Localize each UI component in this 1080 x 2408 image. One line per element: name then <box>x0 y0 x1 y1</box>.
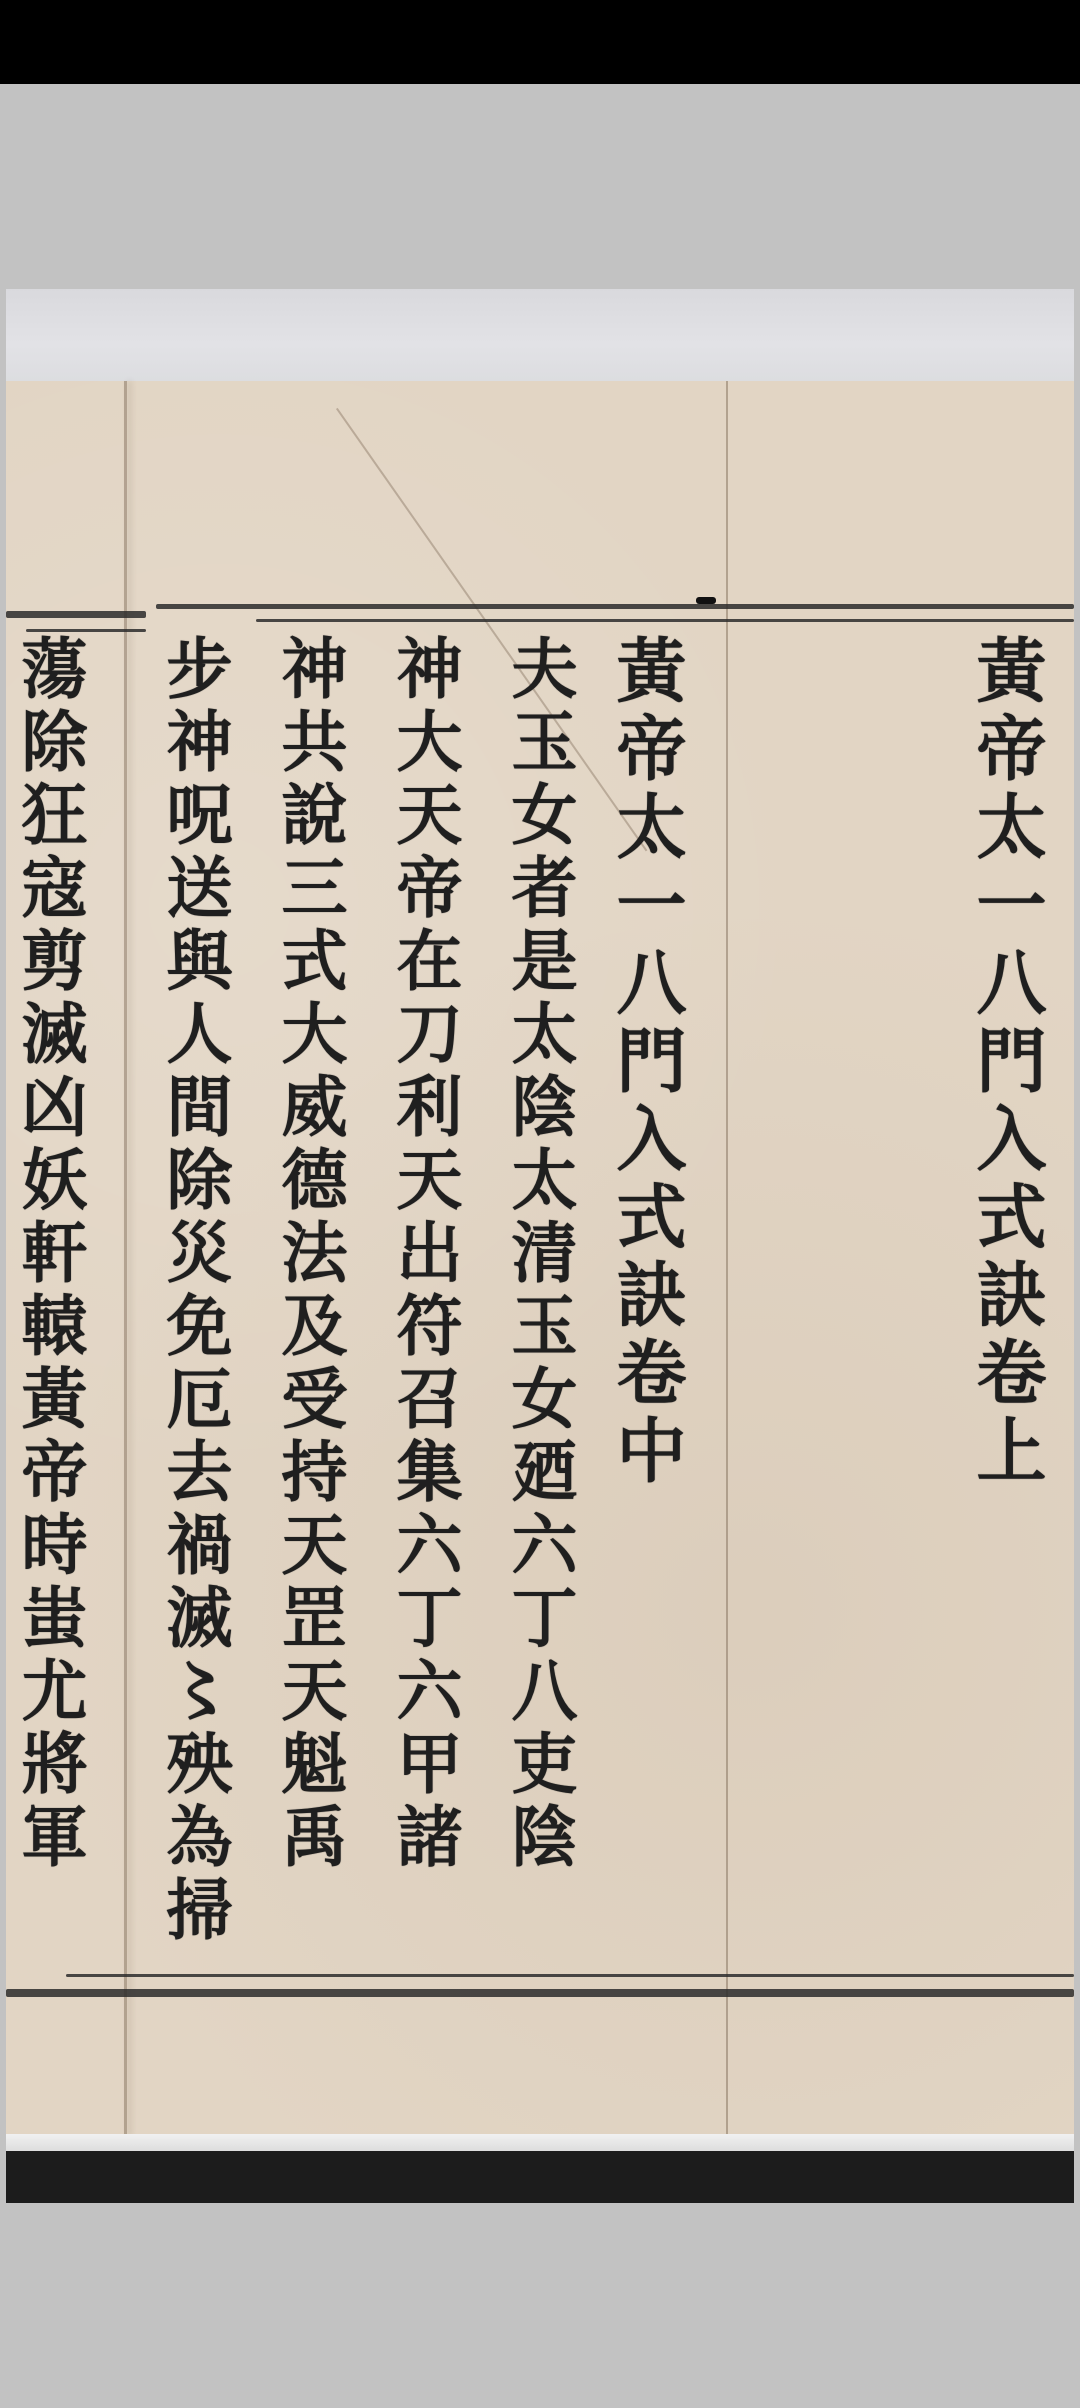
right-page-title-column: 黃帝太一八門入式訣卷上 <box>971 634 1041 1492</box>
text-column-4: 神共說三式大威德法及受持天罡天魁禹 <box>276 634 342 1875</box>
text-column-3: 神大天帝在刀利天出符召集六丁六甲諸 <box>391 634 457 1875</box>
scan-top-margin <box>6 289 1074 381</box>
text-column-1-title: 黃帝太一八門入式訣卷中 <box>611 634 681 1492</box>
top-frame-rule-thin-left <box>26 629 146 632</box>
top-frame-rule-upper <box>156 604 1074 609</box>
text-column-2: 夫玉女者是太陰太清玉女廼六丁八吏陰 <box>506 634 572 1875</box>
image-viewer[interactable]: 黃帝太一八門入式訣卷上 黃帝太一八門入式訣卷中 夫玉女者是太陰太清玉女廼六丁八吏… <box>0 0 1080 2324</box>
scanned-page-image[interactable]: 黃帝太一八門入式訣卷上 黃帝太一八門入式訣卷中 夫玉女者是太陰太清玉女廼六丁八吏… <box>6 289 1074 2203</box>
top-frame-rule-lower <box>256 619 1074 622</box>
page-fold-left <box>124 381 127 2136</box>
ink-blot <box>696 597 716 604</box>
scan-bottom-margin <box>6 2134 1074 2152</box>
page-fold-center <box>726 381 728 2136</box>
text-column-6-left-page-edge: 蕩除狂寇剪滅凶妖軒轅黃帝時蚩尤將軍 <box>16 634 82 1875</box>
text-column-5: 步神呪送與人間除災免厄去禍滅〻殃為掃 <box>161 634 227 1948</box>
scan-dark-base <box>6 2151 1074 2203</box>
bottom-frame-rule-upper <box>66 1974 1074 1977</box>
top-frame-rule-thick-left <box>6 611 146 618</box>
bottom-frame-rule-lower <box>6 1989 1074 1997</box>
